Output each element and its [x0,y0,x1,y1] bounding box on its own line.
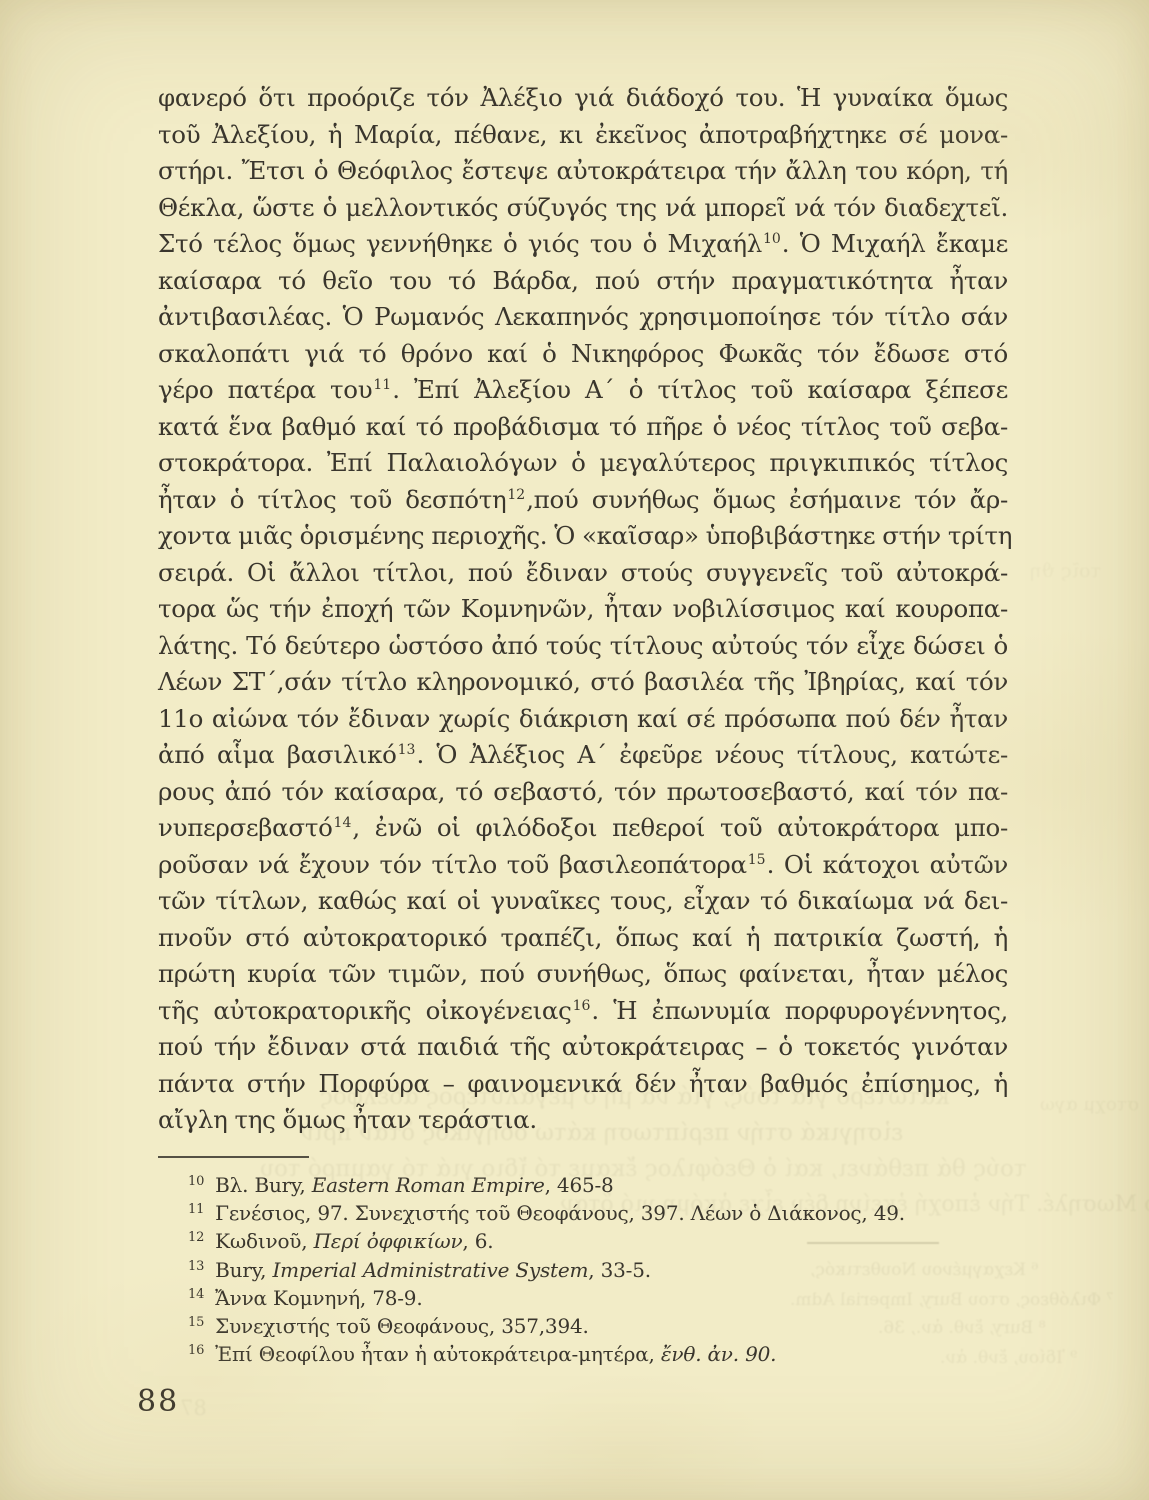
footnote: 13Bury, Imperial Administrative System, … [158,1256,1028,1284]
footnote-ref: 13 [397,742,417,758]
footnotes: 10Βλ. Bury, Eastern Roman Empire, 465-81… [158,1171,1028,1368]
body-line: πρώτη κυρία τῶν τιμῶν, πού συνήθως, ὅπως… [158,956,1008,993]
page-number: 88 [137,1384,179,1419]
footnote-ref: 15 [747,852,767,868]
body-line: 11ο αἰώνα τόν ἔδιναν χωρίς διάκριση καί … [158,701,1008,738]
footnote: 14Ἄννα Κομνηνή, 78-9. [158,1284,1028,1312]
body-line: φανερό ὅτι προόριζε τόν Ἀλέξιο γιά διάδο… [158,80,1008,117]
body-line: γέρο πατέρα του11. Ἐπί Ἀλεξίου Α´ ὁ τίτλ… [158,372,1008,409]
italic-text: Eastern Roman Empire [312,1173,545,1197]
body-line: Λέων ΣΤ´,σάν τίτλο κληρονομικό, στό βασι… [158,664,1008,701]
body-line: πάντα στήν Πορφύρα – φαινομενικά δέν ἦτα… [158,1066,1008,1103]
bleedthrough-text: τοῖς ϑη [1030,562,1101,581]
bleedthrough-text: 87 [180,1398,207,1419]
body-line: αἴγλη της ὅμως ἦταν τεράστια. [158,1102,1008,1139]
body-line: Στό τέλος ὅμως γεννήθηκε ὁ γιός του ὁ Μι… [158,226,1008,263]
footnote-ref: 10 [762,231,782,247]
body-line: λάτης. Τό δεύτερο ὡστόσο ἀπό τούς τίτλου… [158,628,1008,665]
body-line: τῶν τίτλων, καθώς καί οἱ γυναῖκες τους, … [158,883,1008,920]
body-line: σκαλοπάτι γιά τό θρόνο καί ὁ Νικηφόρος Φ… [158,336,1008,373]
footnote-number: 10 [188,1174,204,1189]
footnote-ref: 14 [333,815,353,831]
body-line: πνοῦν στό αὐτοκρατορικό τραπέζι, ὅπως κα… [158,920,1008,957]
body-line: ἀπό αἷμα βασιλικό13. Ὁ Ἀλέξιος Α´ ἐφεῦρε… [158,737,1008,774]
bleedthrough-text: στοχμ αγω [1040,1096,1139,1114]
footnote: 15Συνεχιστής τοῦ Θεοφάνους, 357,394. [158,1312,1028,1340]
footnote-ref: 11 [372,377,392,393]
footnote-separator [158,1156,309,1158]
body-line: κατά ἕνα βαθμό καί τό προβάδισμα τό πῆρε… [158,409,1008,446]
body-line: χοντα μιᾶς ὁρισμένης περιοχῆς. Ὁ «καῖσαρ… [158,518,1008,555]
footnote: 10Βλ. Bury, Eastern Roman Empire, 465-8 [158,1171,1028,1199]
book-page: κατώτερο γιά τούς, γιά νά μή ὁ μεγαλύτερ… [0,0,1149,1500]
footnote-number: 11 [188,1202,204,1217]
body-line: τῆς αὐτοκρατορικῆς οἰκογένειας16. Ἡ ἐπων… [158,993,1008,1030]
body-line: στοκράτορα. Ἐπί Παλαιολόγων ὁ μεγαλύτερο… [158,445,1008,482]
italic-text: Περί ὀφφικίων [314,1229,463,1253]
footnote-ref: 12 [506,487,526,503]
body-line: ἦταν ὁ τίτλος τοῦ δεσπότη12,πού συνήθως … [158,482,1008,519]
footnote: 16Ἐπί Θεοφίλου ἦταν ἡ αὐτοκράτειρα-μητέρ… [158,1340,1028,1368]
body-line: ροῦσαν νά ἔχουν τόν τίτλο τοῦ βασιλεοπάτ… [158,847,1008,884]
footnote: 12Κωδινοῦ, Περί ὀφφικίων, 6. [158,1227,1028,1255]
body-line: σειρά. Οἱ ἄλλοι τίτλοι, πού ἔδιναν στούς… [158,555,1008,592]
footnote-number: 16 [188,1343,204,1358]
body-line: πού τήν ἔδιναν στά παιδιά τῆς αὐτοκράτει… [158,1029,1008,1066]
italic-text: Imperial Administrative System [272,1258,588,1282]
body-line: Θέκλα, ὥστε ὁ μελλοντικός σύζυγός της νά… [158,190,1008,227]
footnote: 11Γενέσιος, 97. Συνεχιστής τοῦ Θεοφάνους… [158,1199,1028,1227]
footnote-number: 12 [188,1230,204,1245]
body-line: τορα ὥς τήν ἐποχή τῶν Κομνηνῶν, ἦταν νοβ… [158,591,1008,628]
footnote-number: 14 [188,1287,204,1302]
body-line: νυπερσεβαστό14, ἐνῶ οἱ φιλόδοξοι πεθεροί… [158,810,1008,847]
body-text: φανερό ὅτι προόριζε τόν Ἀλέξιο γιά διάδο… [158,80,1008,1139]
body-line: καίσαρα τό θεῖο του τό Βάρδα, πού στήν π… [158,263,1008,300]
footnote-number: 13 [188,1259,204,1274]
body-line: στήρι. Ἔτσι ὁ Θεόφιλος ἔστεψε αὐτοκράτει… [158,153,1008,190]
footnote-ref: 16 [572,998,592,1014]
body-line: τοῦ Ἀλεξίου, ἡ Μαρία, πέθανε, κι ἐκεῖνος… [158,117,1008,154]
italic-text: ἔνθ. ἀν. 90. [661,1342,776,1366]
footnote-number: 15 [188,1315,204,1330]
body-line: ἀντιβασιλέας. Ὁ Ρωμανός Λεκαπηνός χρησιμ… [158,299,1008,336]
body-line: ρους ἀπό τόν καίσαρα, τό σεβαστό, τόν πρ… [158,774,1008,811]
